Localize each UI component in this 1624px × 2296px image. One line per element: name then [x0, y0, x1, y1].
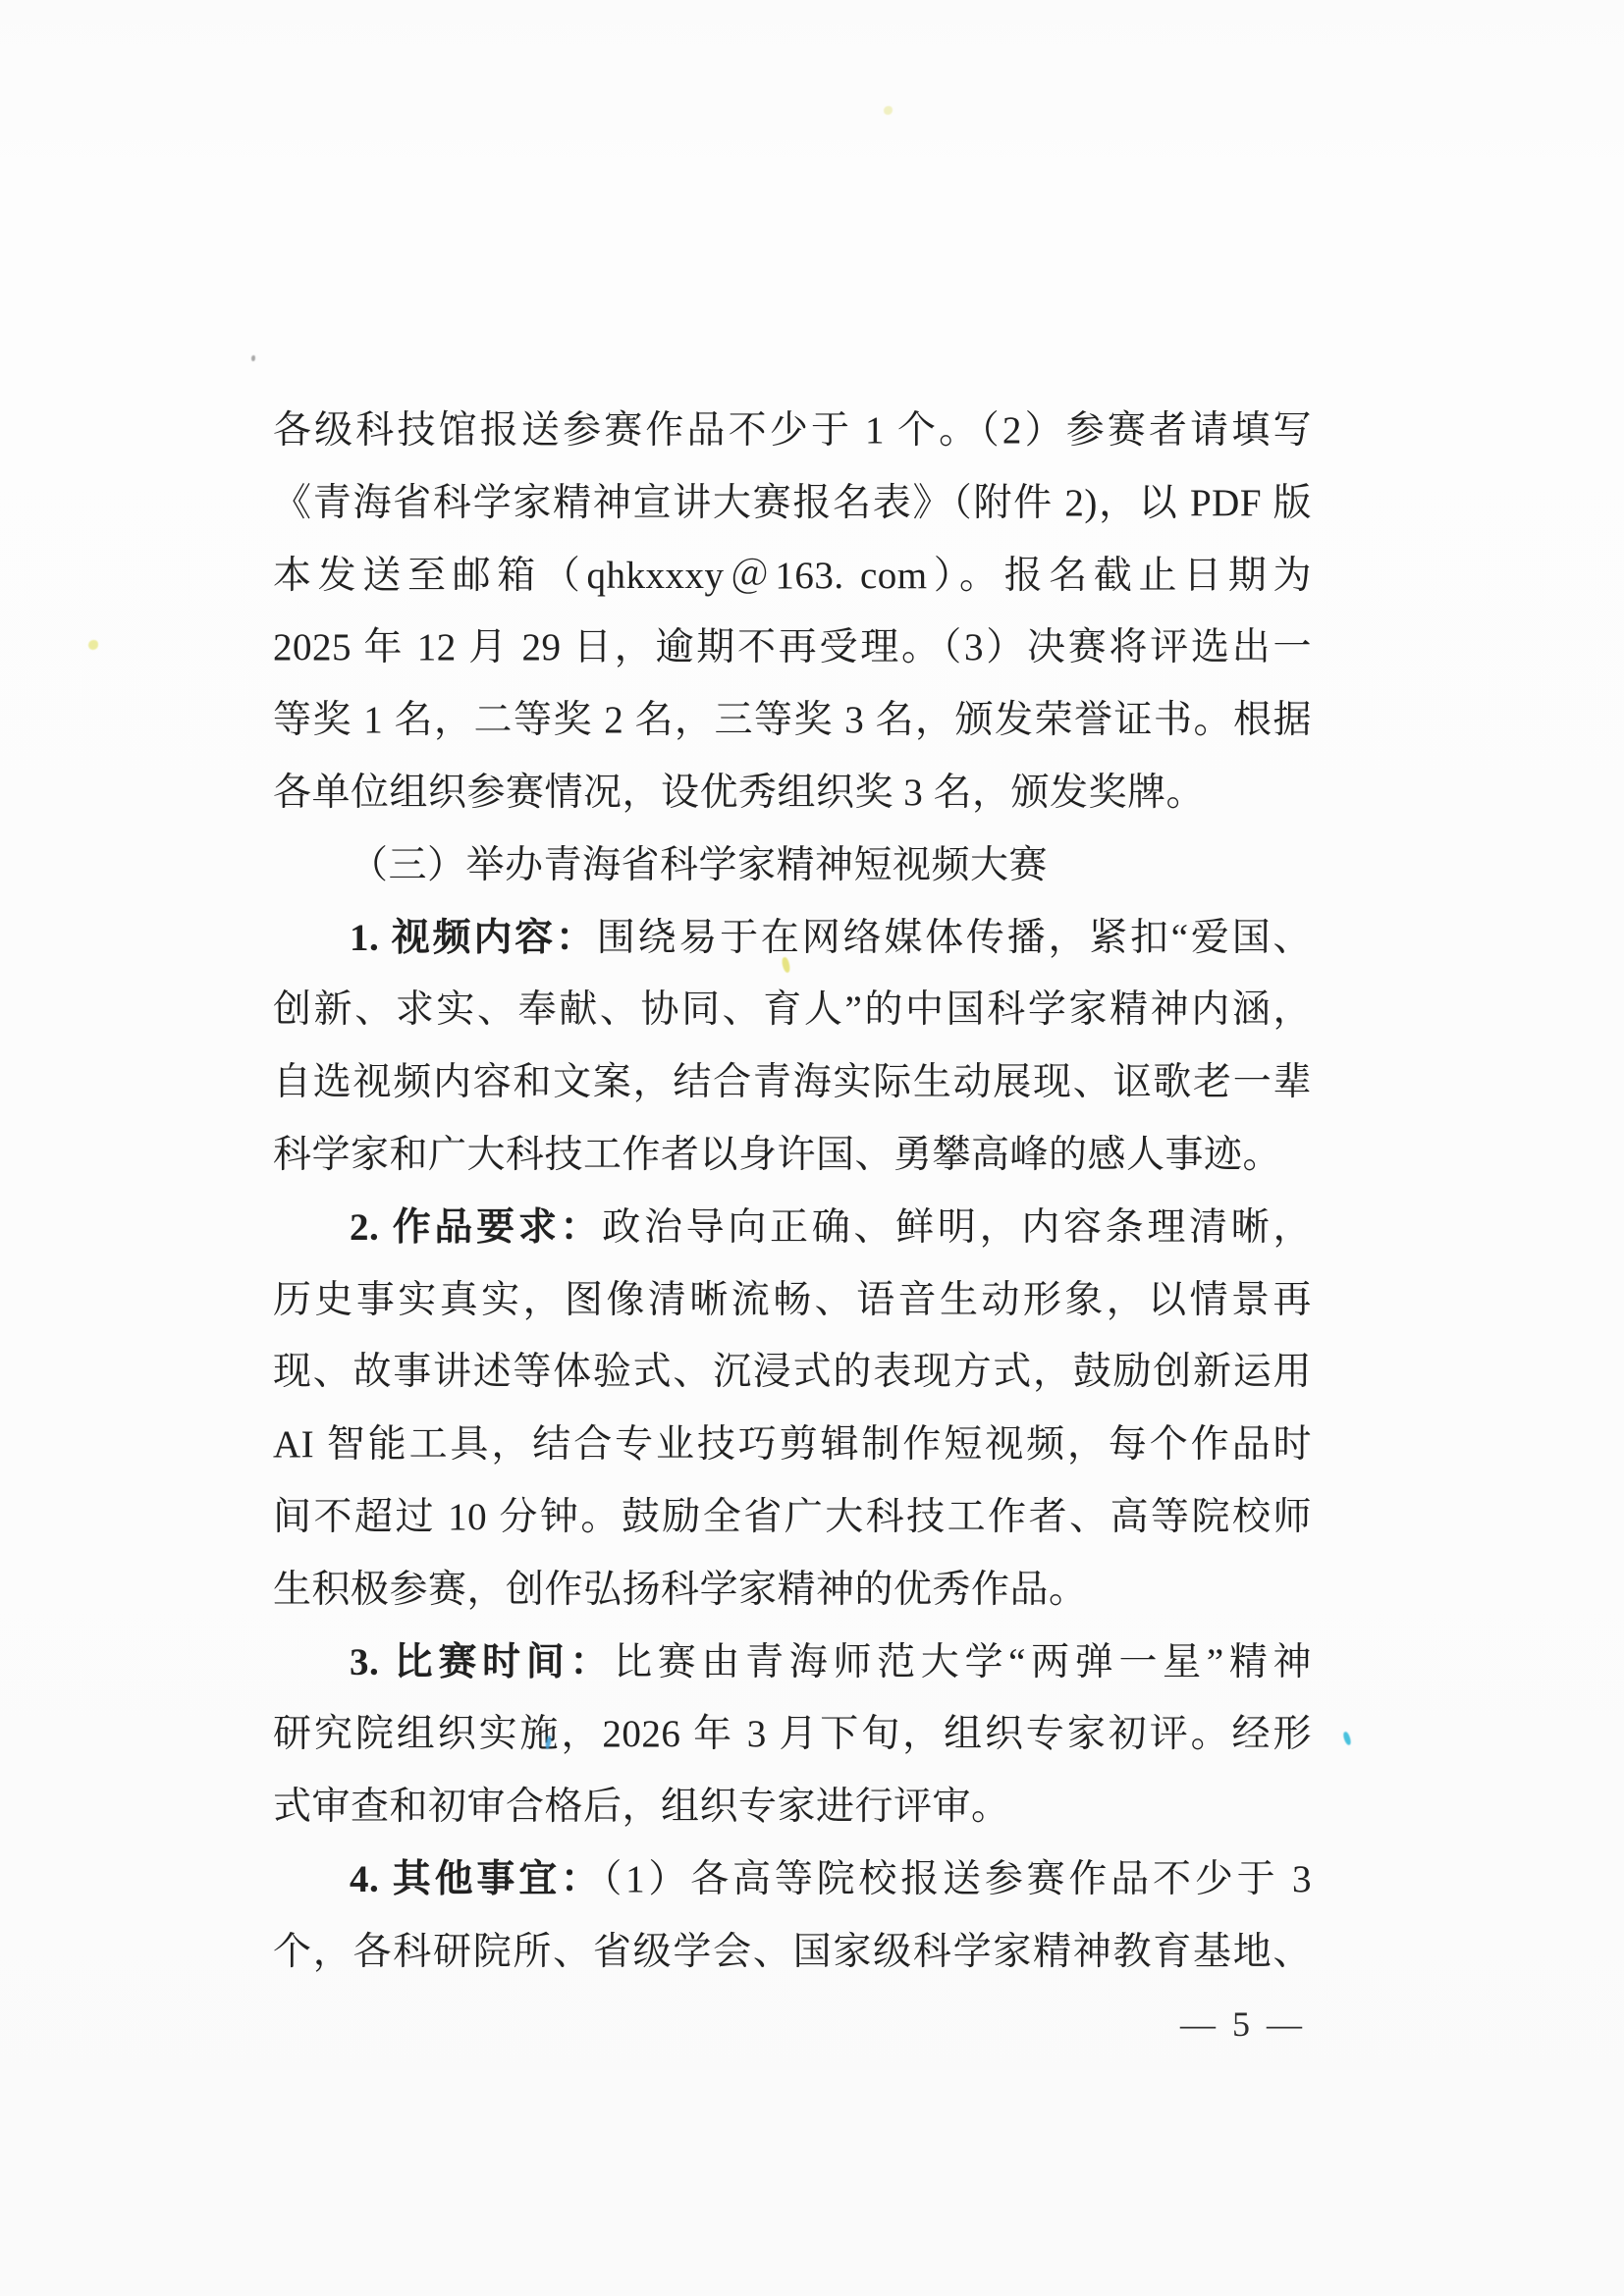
text-run: 本发送至邮箱（qhkxxxy＠163. com）。报名截止日期为: [273, 555, 1312, 597]
text-run: 各级科技馆报送参赛作品不少于 1 个。（2）参赛者请填写: [273, 409, 1312, 452]
text-line: 现、故事讲述等体验式、沉浸式的表现方式，鼓励创新运用: [273, 1336, 1312, 1409]
text-run: 比赛由青海师范大学“两弹一星”精神: [614, 1641, 1312, 1683]
text-run: 围绕易于在网络媒体传播，紧扣“爱国、: [597, 917, 1312, 959]
text-run: 政治导向正确、鲜明，内容条理清晰，: [602, 1206, 1312, 1249]
text-line: 历史事实真实，图像清晰流畅、语音生动形象，以情景再: [273, 1264, 1312, 1337]
text-line: 各级科技馆报送参赛作品不少于 1 个。（2）参赛者请填写: [273, 395, 1312, 467]
text-line: 研究院组织实施，2026 年 3 月下旬，组织专家初评。经形: [273, 1698, 1312, 1771]
text-run: （三）举办青海省科学家精神短视频大赛: [350, 844, 1048, 886]
text-run: 现、故事讲述等体验式、沉浸式的表现方式，鼓励创新运用: [273, 1351, 1312, 1393]
scanned-document-page: 各级科技馆报送参赛作品不少于 1 个。（2）参赛者请填写《青海省科学家精神宣讲大…: [0, 0, 1624, 2296]
scan-artifact: [1342, 1731, 1352, 1745]
scan-artifact: [88, 640, 98, 650]
text-line: 各单位组织参赛情况，设优秀组织奖 3 名，颁发奖牌。: [273, 757, 1312, 829]
text-line: 式审查和初审合格后，组织专家进行评审。: [273, 1771, 1312, 1843]
text-run: 创新、求实、奉献、协同、育人”的中国科学家精神内涵，: [273, 988, 1312, 1031]
text-run: 2025 年 12 月 29 日，逾期不再受理。（3）决赛将评选出一: [273, 626, 1312, 668]
text-line: 等奖 1 名，二等奖 2 名，三等奖 3 名，颁发荣誉证书。根据: [273, 684, 1312, 757]
text-line: 4. 其他事宜：（1）各高等院校报送参赛作品不少于 3: [273, 1843, 1312, 1916]
document-body: 各级科技馆报送参赛作品不少于 1 个。（2）参赛者请填写《青海省科学家精神宣讲大…: [273, 395, 1312, 1989]
text-line: 《青海省科学家精神宣讲大赛报名表》（附件 2)，以 PDF 版: [273, 467, 1312, 540]
text-line: 个，各科研院所、省级学会、国家级科学家精神教育基地、: [273, 1916, 1312, 1989]
text-line: AI 智能工具，结合专业技巧剪辑制作短视频，每个作品时: [273, 1409, 1312, 1481]
text-run: 个，各科研院所、省级学会、国家级科学家精神教育基地、: [273, 1931, 1312, 1973]
text-run: 《青海省科学家精神宣讲大赛报名表》（附件 2)，以 PDF 版: [273, 482, 1312, 524]
text-line: 3. 比赛时间：比赛由青海师范大学“两弹一星”精神: [273, 1627, 1312, 1699]
text-run: 研究院组织实施，2026 年 3 月下旬，组织专家初评。经形: [273, 1713, 1312, 1755]
text-run: （1）各高等院校报送参赛作品不少于 3: [603, 1858, 1312, 1900]
text-line: 自选视频内容和文案，结合青海实际生动展现、讴歌老一辈: [273, 1046, 1312, 1119]
scan-artifact: [251, 355, 255, 361]
page-number: — 5 —: [1180, 2002, 1306, 2046]
text-run: AI 智能工具，结合专业技巧剪辑制作短视频，每个作品时: [273, 1423, 1312, 1466]
text-run: 各单位组织参赛情况，设优秀组织奖 3 名，颁发奖牌。: [273, 772, 1205, 814]
text-line: 生积极参赛，创作弘扬科学家精神的优秀作品。: [273, 1554, 1312, 1627]
bold-run: 3. 比赛时间：: [350, 1641, 614, 1683]
text-line: 创新、求实、奉献、协同、育人”的中国科学家精神内涵，: [273, 974, 1312, 1046]
text-line: 1. 视频内容：围绕易于在网络媒体传播，紧扣“爱国、: [273, 902, 1312, 975]
text-run: 等奖 1 名，二等奖 2 名，三等奖 3 名，颁发荣誉证书。根据: [273, 699, 1312, 741]
text-line: （三）举办青海省科学家精神短视频大赛: [273, 829, 1312, 902]
bold-run: 2. 作品要求：: [350, 1206, 602, 1249]
text-line: 2025 年 12 月 29 日，逾期不再受理。（3）决赛将评选出一: [273, 612, 1312, 684]
scan-artifact: [884, 106, 893, 115]
text-run: 生积极参赛，创作弘扬科学家精神的优秀作品。: [273, 1569, 1088, 1611]
text-run: 间不超过 10 分钟。鼓励全省广大科技工作者、高等院校师: [273, 1496, 1312, 1538]
text-run: 自选视频内容和文案，结合青海实际生动展现、讴歌老一辈: [273, 1061, 1312, 1103]
bold-run: 4. 其他事宜：: [350, 1858, 603, 1900]
text-run: 科学家和广大科技工作者以身许国、勇攀高峰的感人事迹。: [273, 1134, 1281, 1176]
bold-run: 1. 视频内容：: [350, 917, 597, 959]
text-run: 历史事实真实，图像清晰流畅、语音生动形象，以情景再: [273, 1279, 1312, 1321]
text-line: 间不超过 10 分钟。鼓励全省广大科技工作者、高等院校师: [273, 1481, 1312, 1554]
text-line: 2. 作品要求：政治导向正确、鲜明，内容条理清晰，: [273, 1192, 1312, 1264]
text-line: 本发送至邮箱（qhkxxxy＠163. com）。报名截止日期为: [273, 540, 1312, 613]
text-line: 科学家和广大科技工作者以身许国、勇攀高峰的感人事迹。: [273, 1119, 1312, 1192]
text-run: 式审查和初审合格后，组织专家进行评审。: [273, 1786, 1010, 1828]
